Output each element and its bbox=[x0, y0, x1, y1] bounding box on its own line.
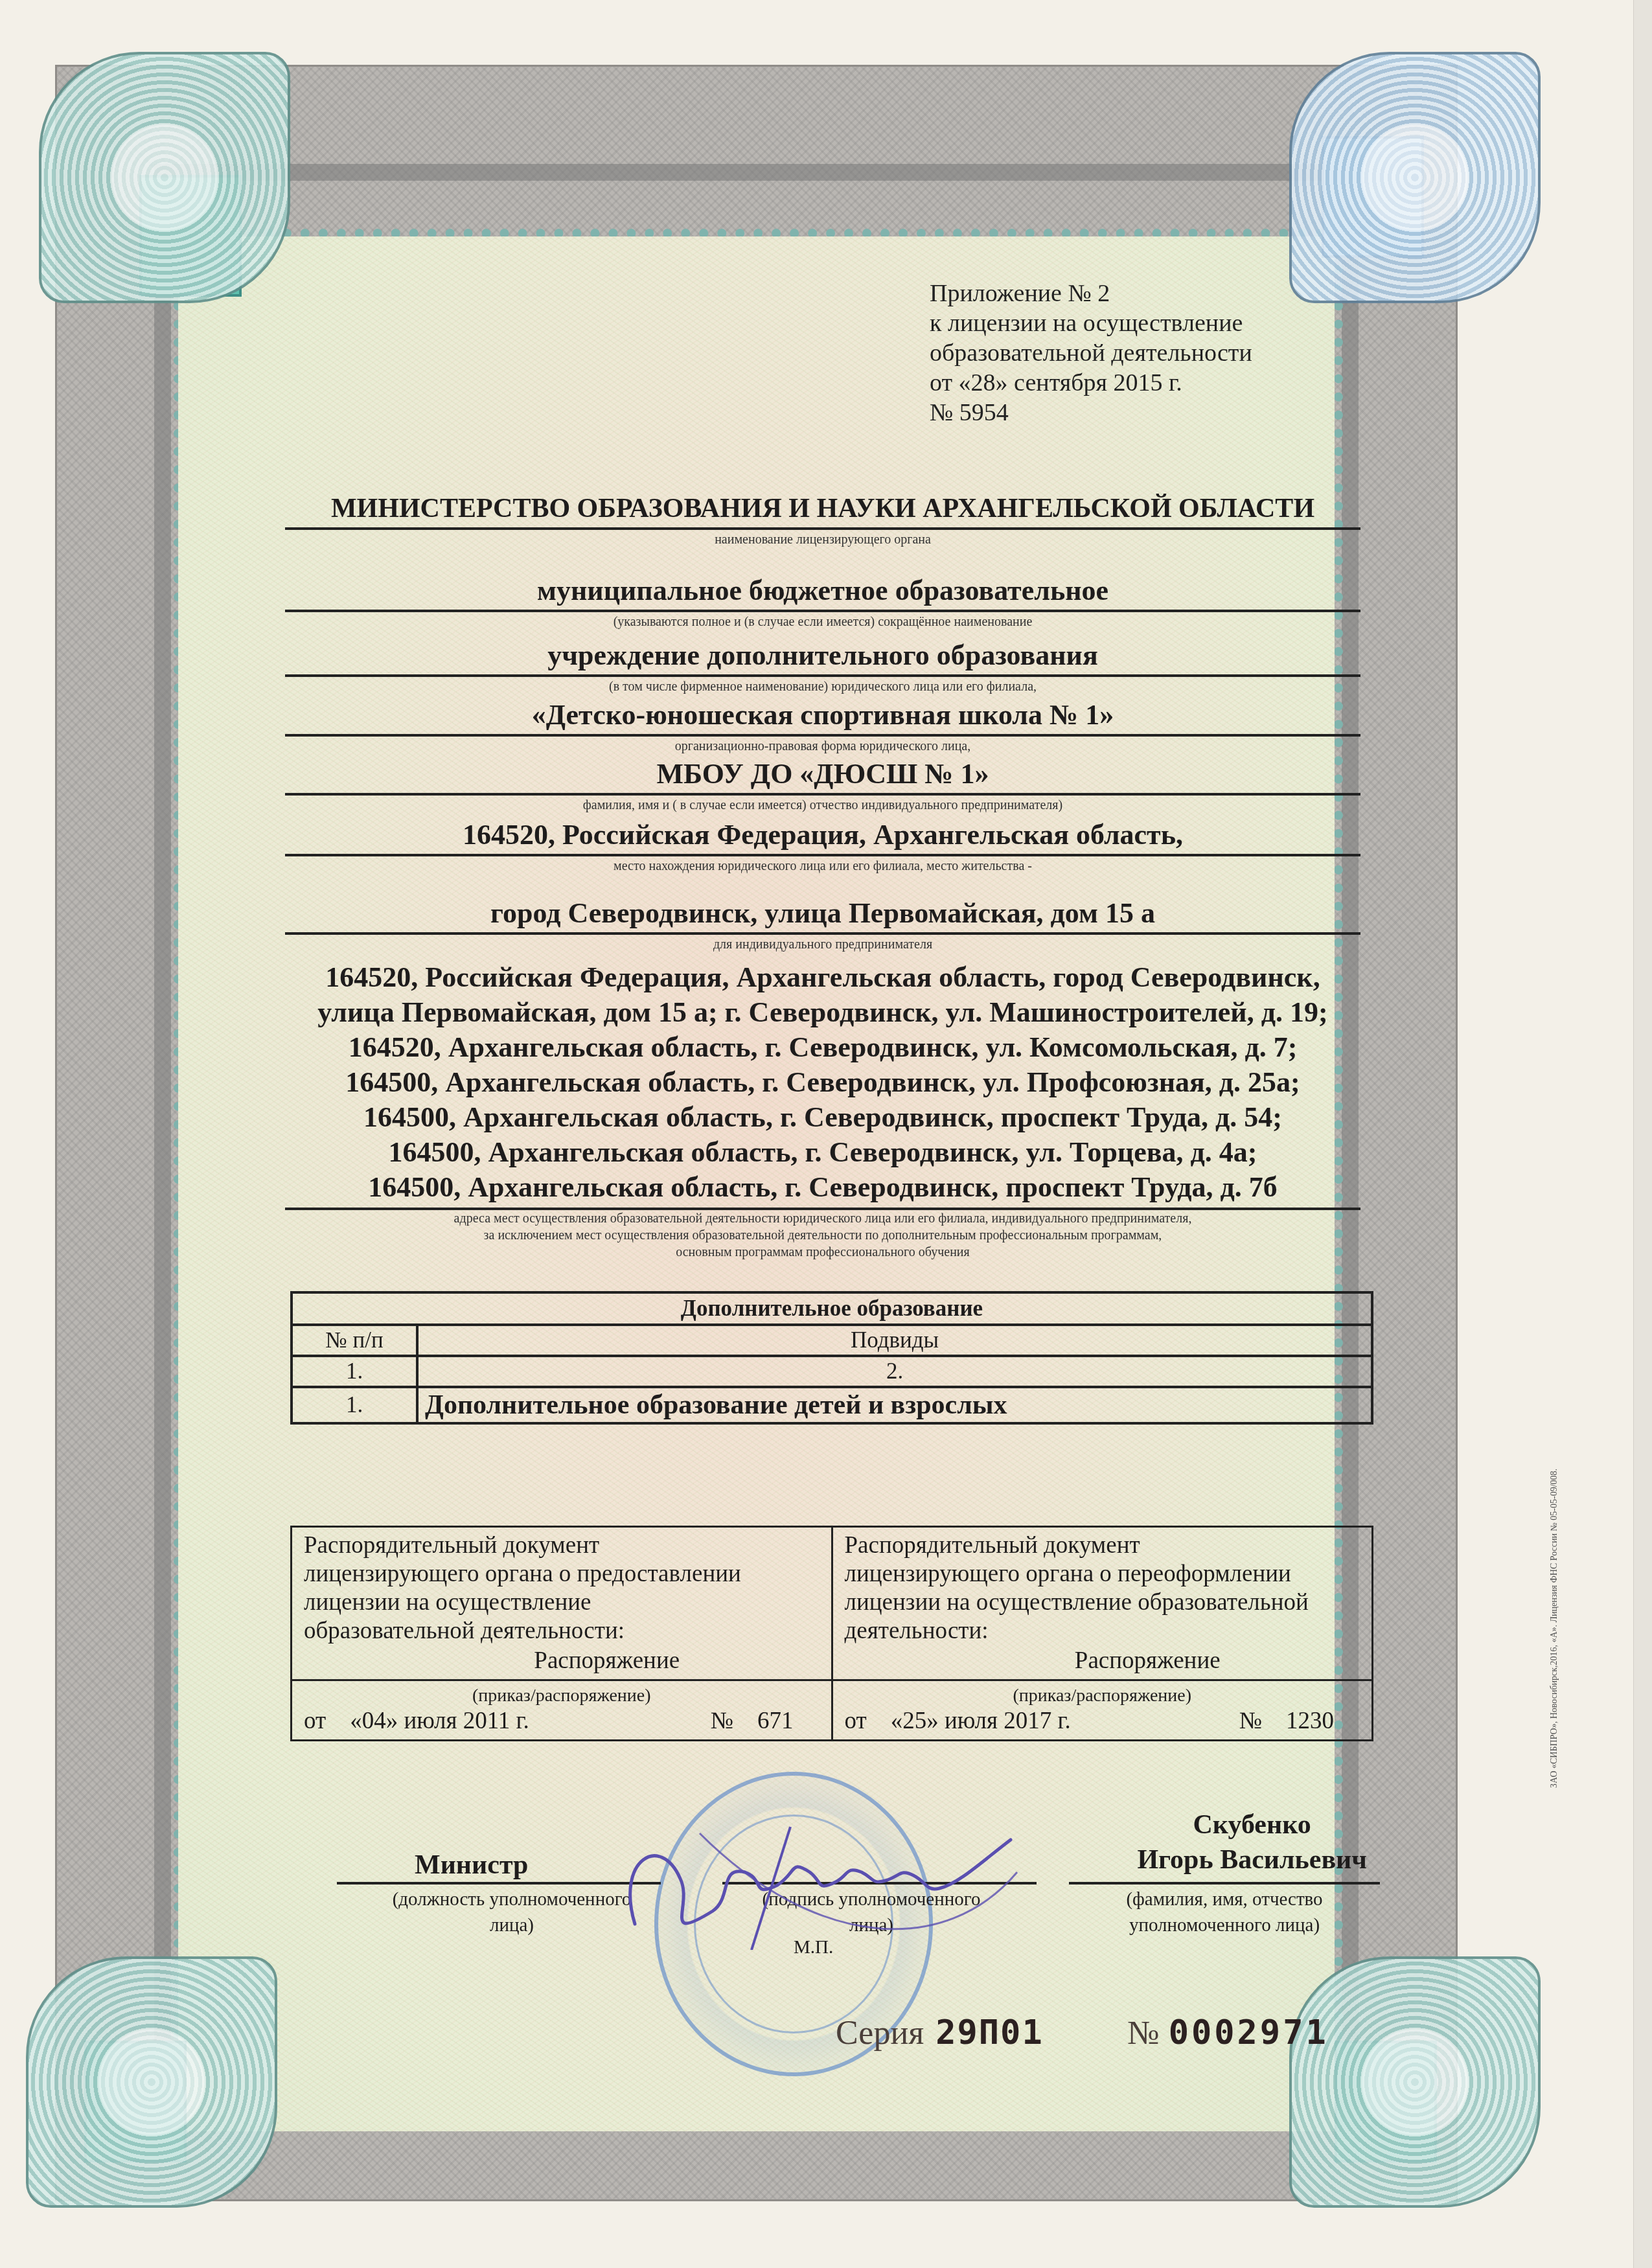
field-value: 164520, Российская Федерация, Архангельс… bbox=[285, 818, 1360, 853]
field-caption: основным программам профессионального об… bbox=[285, 1244, 1360, 1261]
underline bbox=[285, 793, 1360, 796]
decision-kind-caption: (приказ/распоряжение) bbox=[304, 1685, 820, 1707]
address-line: улица Первомайская, дом 15 а; г. Северод… bbox=[285, 995, 1360, 1030]
column-header: Подвиды bbox=[417, 1325, 1372, 1356]
decision-type: Распоряжение bbox=[935, 1647, 1360, 1675]
signatory-given-names: Игорь Васильевич bbox=[1137, 1842, 1367, 1877]
caption-line: (должность уполномоченного bbox=[363, 1886, 661, 1912]
underline bbox=[285, 932, 1360, 935]
decision-text: образовательной деятельности: bbox=[304, 1617, 820, 1645]
grant-decision-cell: Распорядительный документ лицензирующего… bbox=[292, 1527, 832, 1680]
subtype-name: Дополнительное образование детей и взрос… bbox=[417, 1387, 1372, 1423]
field-value: «Детско-юношеская спортивная школа № 1» bbox=[285, 698, 1360, 733]
decision-text: лицензирующего органа о предоставлении bbox=[304, 1560, 820, 1588]
licensing-decisions-table: Распорядительный документ лицензирующего… bbox=[290, 1526, 1373, 1741]
field-value: МБОУ ДО «ДЮСШ № 1» bbox=[285, 757, 1360, 792]
signatory-position: Министр bbox=[415, 1850, 528, 1881]
decision-date: «25» июля 2017 г. bbox=[891, 1708, 1071, 1734]
decision-kind-caption: (приказ/распоряжение) bbox=[845, 1685, 1360, 1707]
date-prefix: от bbox=[304, 1708, 326, 1734]
scan-edge bbox=[1633, 0, 1652, 2268]
field-caption: для индивидуального предпринимателя bbox=[285, 936, 1360, 953]
table-title-row: Дополнительное образование bbox=[292, 1292, 1372, 1325]
number-prefix: № bbox=[711, 1708, 733, 1734]
grant-decision-details: (приказ/распоряжение) от «04» июля 2011 … bbox=[292, 1680, 832, 1741]
field-caption: адреса мест осуществления образовательно… bbox=[285, 1210, 1360, 1227]
signatory-name: Скубенко Игорь Васильевич bbox=[1137, 1807, 1367, 1877]
blank-number-code: 0002971 bbox=[1169, 2013, 1329, 2052]
corner-ornament-icon bbox=[1289, 52, 1541, 303]
underline bbox=[285, 527, 1360, 530]
appendix-line: к лицензии на осуществление bbox=[930, 308, 1252, 338]
licensing-authority-field: МИНИСТЕРСТВО ОБРАЗОВАНИЯ И НАУКИ АРХАНГЕ… bbox=[285, 491, 1360, 548]
decision-number: 671 bbox=[757, 1708, 794, 1734]
series-code: 29П01 bbox=[935, 2013, 1044, 2052]
education-subtypes-table: Дополнительное образование № п/п Подвиды… bbox=[290, 1291, 1373, 1425]
signatory-surname: Скубенко bbox=[1137, 1807, 1367, 1842]
column-number: 1. bbox=[292, 1356, 417, 1387]
decision-text: Распорядительный документ bbox=[845, 1531, 1360, 1560]
address-line: 164500, Архангельская область, г. Северо… bbox=[285, 1100, 1360, 1135]
table-row: 1. Дополнительное образование детей и вз… bbox=[292, 1387, 1372, 1423]
underline bbox=[337, 1882, 661, 1884]
field-caption: наименование лицензирующего органа bbox=[285, 531, 1360, 548]
column-header: № п/п bbox=[292, 1325, 417, 1356]
column-number: 2. bbox=[417, 1356, 1372, 1387]
licensing-authority: МИНИСТЕРСТВО ОБРАЗОВАНИЯ И НАУКИ АРХАНГЕ… bbox=[285, 491, 1360, 526]
row-number: 1. bbox=[292, 1387, 417, 1423]
decision-text: лицензии на осуществление образовательно… bbox=[845, 1588, 1360, 1617]
appendix-header: Приложение № 2 к лицензии на осуществлен… bbox=[930, 279, 1252, 428]
decision-number: 1230 bbox=[1286, 1708, 1334, 1734]
date-prefix: от bbox=[845, 1708, 867, 1734]
corner-ornament-icon bbox=[39, 52, 290, 303]
table-numbering-row: 1. 2. bbox=[292, 1356, 1372, 1387]
corner-ornament-icon bbox=[1289, 1956, 1541, 2208]
appendix-line: Приложение № 2 bbox=[930, 279, 1252, 308]
caption-line: лица) bbox=[363, 1912, 661, 1938]
field-caption: фамилия, имя и ( в случае если имеется) … bbox=[285, 797, 1360, 814]
decision-text: лицензирующего органа о переоформлении bbox=[845, 1560, 1360, 1588]
decision-type: Распоряжение bbox=[395, 1647, 820, 1675]
underline bbox=[285, 734, 1360, 737]
field-caption: (указываются полное и (в случае если име… bbox=[285, 613, 1360, 630]
organization-name-line-2: учреждение дополнительного образования (… bbox=[285, 638, 1360, 695]
address-line: 164520, Архангельская область, г. Северо… bbox=[285, 1030, 1360, 1065]
decision-text: лицензии на осуществление bbox=[304, 1588, 820, 1617]
address-line: 164500, Архангельская область, г. Северо… bbox=[285, 1170, 1360, 1205]
field-caption: организационно-правовая форма юридическо… bbox=[285, 738, 1360, 755]
organization-short-name: МБОУ ДО «ДЮСШ № 1» фамилия, имя и ( в сл… bbox=[285, 757, 1360, 814]
appendix-line: от «28» сентября 2015 г. bbox=[930, 368, 1252, 398]
caption-line: (фамилия, имя, отчество bbox=[1075, 1886, 1373, 1912]
field-value: муниципальное бюджетное образовательное bbox=[285, 573, 1360, 608]
printer-imprint: ЗАО «СИБПРО», Новосибирск,2016, «А». Лиц… bbox=[1550, 1469, 1560, 1788]
series-label: Серия bbox=[836, 2015, 924, 2052]
field-value: город Северодвинск, улица Первомайская, … bbox=[285, 896, 1360, 931]
blank-number: №0002971 bbox=[1127, 2013, 1329, 2052]
underline bbox=[1069, 1882, 1380, 1884]
reissue-decision-details: (приказ/распоряжение) от «25» июля 2017 … bbox=[832, 1680, 1373, 1741]
legal-address-line-1: 164520, Российская Федерация, Архангельс… bbox=[285, 818, 1360, 875]
field-caption: за исключением мест осуществления образо… bbox=[285, 1227, 1360, 1244]
decision-text: деятельности: bbox=[845, 1617, 1360, 1645]
underline bbox=[285, 610, 1360, 612]
appendix-line: № 5954 bbox=[930, 398, 1252, 428]
field-caption: (в том числе фирменное наименование) юри… bbox=[285, 678, 1360, 695]
underline bbox=[285, 854, 1360, 856]
caption-line: уполномоченного лица) bbox=[1075, 1912, 1373, 1938]
field-value: учреждение дополнительного образования bbox=[285, 638, 1360, 673]
number-label: № bbox=[1127, 2015, 1160, 2052]
position-caption: (должность уполномоченного лица) bbox=[363, 1886, 661, 1938]
table-header-row: № п/п Подвиды bbox=[292, 1325, 1372, 1356]
underline bbox=[285, 674, 1360, 677]
address-line: 164500, Архангельская область, г. Северо… bbox=[285, 1065, 1360, 1100]
organization-name-line-1: муниципальное бюджетное образовательное … bbox=[285, 573, 1360, 630]
organization-name-line-3: «Детско-юношеская спортивная школа № 1» … bbox=[285, 698, 1360, 755]
activity-addresses: 164520, Российская Федерация, Архангельс… bbox=[285, 960, 1360, 1261]
appendix-line: образовательной деятельности bbox=[930, 338, 1252, 368]
legal-address-line-2: город Северодвинск, улица Первомайская, … bbox=[285, 896, 1360, 953]
decision-date: «04» июля 2011 г. bbox=[350, 1708, 529, 1734]
decision-text: Распорядительный документ bbox=[304, 1531, 820, 1560]
name-caption: (фамилия, имя, отчество уполномоченного … bbox=[1075, 1886, 1373, 1938]
reissue-decision-cell: Распорядительный документ лицензирующего… bbox=[832, 1527, 1373, 1680]
address-line: 164520, Российская Федерация, Архангельс… bbox=[285, 960, 1360, 995]
handwritten-signature-icon bbox=[622, 1820, 1024, 1950]
address-line: 164500, Архангельская область, г. Северо… bbox=[285, 1135, 1360, 1170]
table-title: Дополнительное образование bbox=[292, 1292, 1372, 1325]
blank-series: Серия29П01 bbox=[836, 2013, 1044, 2052]
corner-ornament-icon bbox=[26, 1956, 277, 2208]
field-caption: место нахождения юридического лица или е… bbox=[285, 858, 1360, 875]
number-prefix: № bbox=[1239, 1708, 1262, 1734]
